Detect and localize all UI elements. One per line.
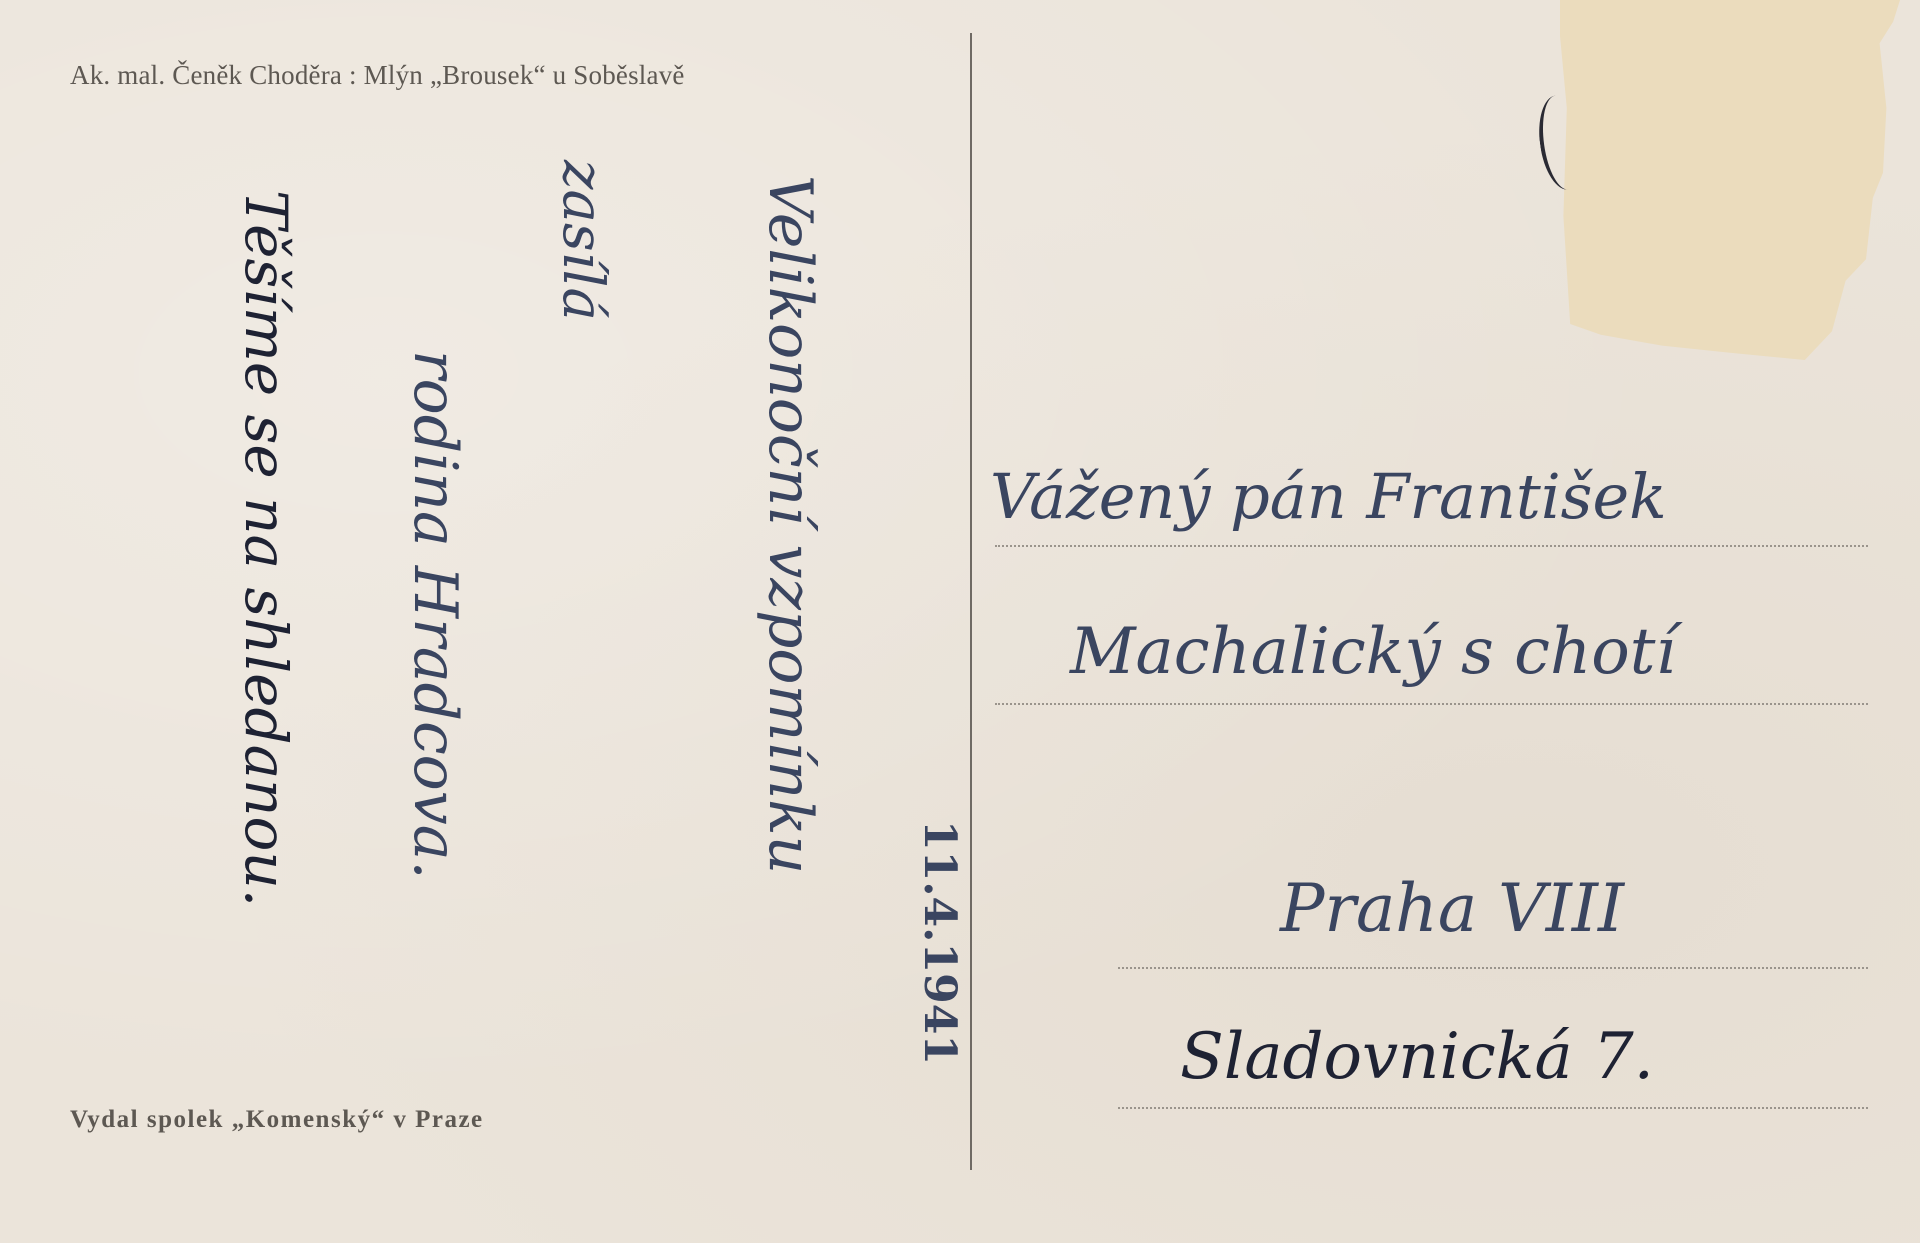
address-line-3: Praha VIII	[1280, 870, 1624, 947]
address-line-1: Vážený pán František	[990, 460, 1667, 533]
message-line-3: rodina Hradcova.	[400, 350, 470, 880]
address-line-4: Sladovnická 7.	[1180, 1020, 1654, 1094]
message-line-4: Těšíme se na shledanou.	[232, 190, 300, 907]
artwork-caption: Ak. mal. Čeněk Choděra : Mlýn „Brousek“ …	[70, 60, 685, 91]
address-rule-2	[995, 703, 1868, 705]
center-divider	[970, 33, 972, 1170]
stamp-remnant	[1560, 0, 1900, 360]
address-rule-3	[1118, 967, 1868, 969]
address-line-2: Machalický s chotí	[1070, 615, 1676, 689]
publisher-caption: Vydal spolek „Komenský“ v Praze	[70, 1106, 484, 1134]
message-line-2: zasílá	[550, 160, 615, 321]
address-rule-4	[1118, 1107, 1868, 1109]
address-rule-1	[995, 545, 1868, 547]
message-line-1: Velikonoční vzpomínku	[755, 175, 825, 874]
message-date: 11.4.1941	[914, 820, 965, 1065]
